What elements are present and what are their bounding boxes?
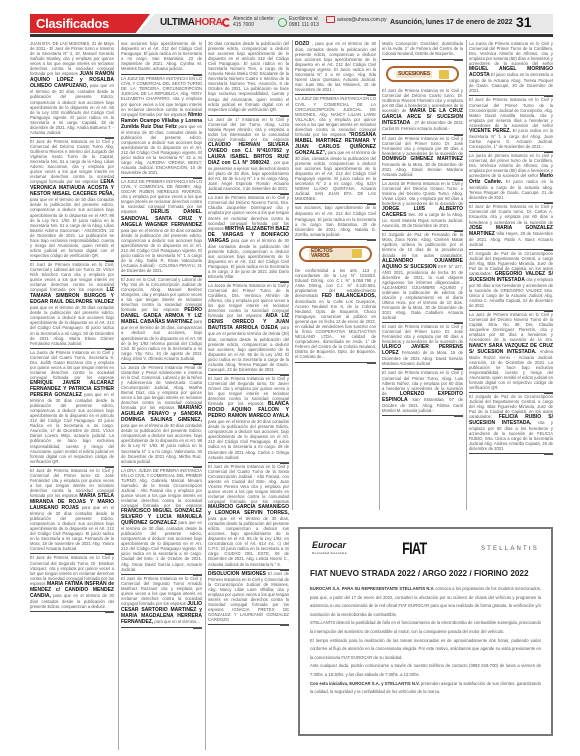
contact-email: avisos@uhora.com.py (326, 16, 387, 23)
header-rule (30, 34, 553, 37)
section-header-sucesiones: SUCESIONES (386, 66, 459, 82)
edict-notice: DOZO , para que en el término de 30 días… (295, 40, 376, 95)
edict-notice: La Jueza de Primera Instancia en lo Civi… (382, 180, 463, 231)
edict-notice: El Juez de Primera Instancia en lo Civil… (382, 369, 463, 415)
section-title: Clasificados (30, 14, 150, 33)
verification-stamp-icon (367, 362, 376, 364)
ad-paragraph: EUROCAR S.A. PARA SU REPRESENTANTE STELL… (310, 585, 541, 619)
fiat-logo: FIAT (402, 539, 426, 559)
edict-notice: sus acciones, bajo apercibimiento de lo … (295, 204, 376, 239)
edict-notice: El Juez de Primera Instancia en lo Civil… (30, 554, 114, 611)
edict-notice: El Juez de Primera Instancia en lo Civil… (30, 467, 114, 555)
edict-notice: La Jueza de Primera Instancia en lo Civi… (469, 40, 553, 96)
dateline: Asunción, lunes 17 de enero de 2022 (390, 19, 513, 26)
edict-notice: El Juez de Primera Instancia en lo Civil… (382, 135, 463, 180)
whatsapp-icon (278, 18, 287, 27)
column-6: La Jueza de Primera Instancia en lo Civi… (466, 40, 553, 510)
verification-stamp-icon (280, 624, 289, 626)
ad-paragraph: STELLANTIS detectó la posibilidad de fal… (310, 619, 541, 636)
edict-notice: El Juez de Primera Instancia en lo Civil… (382, 323, 463, 369)
column-4: DOZO , para que en el término de 30 días… (292, 40, 376, 510)
contact-phone: Atención al cliente:415 7000 (222, 16, 275, 28)
page-number: 31 (516, 14, 532, 30)
edict-notice: JUAN BTA. DE LAS MISIONES, 31 de Mayo de… (30, 40, 114, 138)
verification-stamp-icon (544, 453, 553, 455)
edict-notice: DISOLUCION MISIONES El Juez de Primera I… (208, 570, 289, 625)
eurocar-logo: Eurocar Sociedad Anónima (312, 541, 347, 557)
section-decoration-icon (439, 70, 449, 79)
mail-icon (326, 16, 335, 23)
verification-stamp-icon (454, 59, 463, 61)
edict-notice: LA JUEZ DE PRIMERA INSTANCIA EN LO CIVIL… (295, 95, 376, 204)
verification-stamp-icon (193, 627, 202, 629)
column-3: 30 días contados desde la publicación de… (205, 40, 289, 750)
edict-notice: La Jueza de Primera Instancia en lo Civi… (208, 282, 289, 375)
column-1: JUAN BTA. DE LAS MISIONES, 31 de Mayo de… (30, 40, 114, 750)
edict-notice: El Juez de Primera Instancia en lo Civil… (208, 463, 289, 570)
edict-notice: El Juzgado de Paz de la Circunscripción … (469, 250, 553, 312)
edict-notice: El Juez de Primera Instancia en lo Civil… (469, 96, 553, 151)
edict-notice: 30 días contados desde la publicación de… (208, 40, 289, 116)
edict-notice: sus acciones bajo apercibimiento de lo d… (121, 40, 202, 75)
section-header-edictos-varios: EDICTOS VARIOS (299, 246, 372, 262)
edict-notice: El Juez de Primera Instancia en lo Civil… (208, 375, 289, 463)
ad-paragraph: El tiempo estimado para la realización d… (310, 637, 541, 663)
edict-notice: La jueza de primera instancia en lo civi… (469, 152, 553, 203)
column-2: sus acciones bajo apercibimiento de lo d… (118, 40, 202, 750)
ad-paragraph: Con esta iniciativa, EUROCAR S.A. y STEL… (310, 680, 541, 697)
edict-notice: De conformidad a los arts. 113 y concord… (295, 267, 376, 363)
edict-notice: El Juez en lo Civil, Comercial y Laboral… (121, 276, 202, 364)
edict-notice: María Concepción González, domiciliada e… (382, 40, 463, 60)
edict-notice: El Juez de Primera Instancia en lo Civil… (382, 87, 463, 134)
newspaper-logo: ULTIMAHORA (160, 17, 222, 28)
edict-notice: LA JUEZ DE PRIMERA INSTANCIA EN LO CIVIL… (121, 178, 202, 276)
edict-notice: El Juez de Primera Instancia en lo Civil… (30, 138, 114, 261)
phone-icon (222, 18, 231, 27)
edict-notice: El Juez de Primera Instancia en lo Civil… (469, 203, 553, 249)
column-5: María Concepción González, domiciliada e… (379, 40, 463, 510)
stellantis-logo: STELLANTIS (481, 546, 539, 552)
edict-notice: El Juzgado de Paz de la Circunscripción … (469, 393, 553, 455)
ad-title: FIAT NUEVO STRADA 2022 / ARGO 2022 / FIO… (310, 569, 541, 578)
edict-notice: LA DRA. JUEZA DE PRIMERA INSTANCIA EN LO… (121, 467, 202, 575)
edict-notice: El Juez de Primera Instancia en lo Civil… (30, 261, 114, 349)
edict-notice: La Juez de Primera Instancia en lo Civil… (208, 194, 289, 282)
edict-notice: La Juez de 1° Instancia en lo Civil y Co… (208, 116, 289, 195)
verification-stamp-icon (367, 239, 376, 241)
edict-notice: La Juez de Primera Instancia en lo Civil… (469, 311, 553, 393)
ad-paragraph: Ante cualquier duda, podrán comunicarse … (310, 662, 541, 679)
verification-stamp-icon (454, 415, 463, 417)
ad-logos: Eurocar Sociedad Anónima FIAT STELLANTIS (310, 535, 541, 563)
edict-notice: La Jueza de Primera Instancia Penal de G… (121, 364, 202, 467)
contact-whatsapp: Escríbinos al0981 111 013 (278, 16, 319, 28)
edict-notice: El Juez de Primera Instancia en lo Civil… (121, 575, 202, 628)
ad-body: EUROCAR S.A. PARA SU REPRESENTANTE STELL… (310, 585, 541, 697)
edict-notice: LA JUEZ DE PRIMERA INSTANCIA EN LO CIVIL… (121, 75, 202, 178)
fiat-recall-ad: Eurocar Sociedad Anónima FIAT STELLANTIS… (298, 527, 553, 736)
section-decoration-icon (352, 249, 362, 258)
edict-notice: La Jueza de Primera Instancia en lo Civi… (30, 349, 114, 467)
edict-notice: El Juzgado de Paz de Fernando de la Mora… (382, 231, 463, 323)
verification-stamp-icon (105, 611, 114, 613)
